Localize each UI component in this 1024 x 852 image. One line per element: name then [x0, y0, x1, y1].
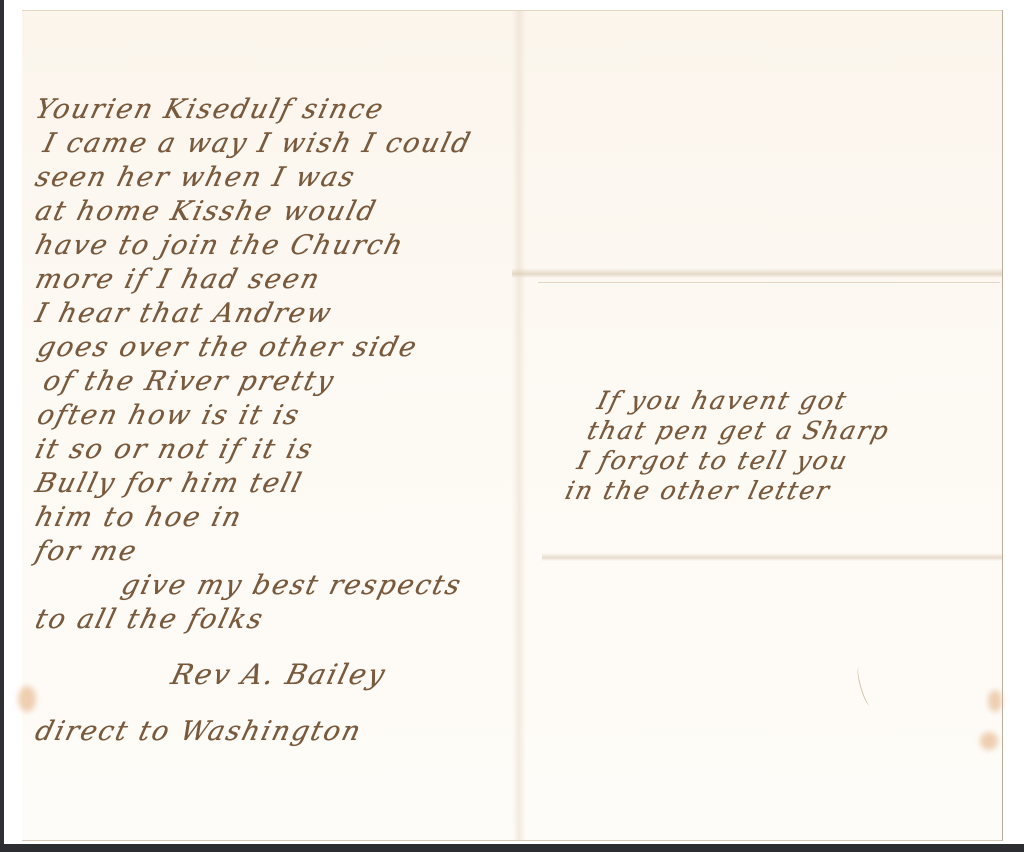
letter-line: at home Kisshe would — [32, 196, 380, 227]
letter-line: of the River pretty — [40, 366, 338, 397]
letter-line: have to join the Church — [32, 230, 408, 261]
letter-line: for me — [32, 536, 141, 567]
foxing-stain — [18, 686, 36, 712]
letter-line: seen her when I was — [32, 162, 359, 193]
letter-line: that pen get a Sharp — [584, 416, 893, 445]
postscript-direction: direct to Washington — [32, 716, 365, 747]
letter-line: in the other letter — [562, 476, 834, 505]
letter-sheet: Yourien Kisedulf since I came a way I wi… — [22, 10, 1003, 841]
fold-edge-line — [538, 282, 1000, 283]
letter-line: goes over the other side — [34, 332, 421, 363]
scanner-edge — [0, 0, 4, 852]
letter-line: more if I had seen — [32, 264, 324, 295]
letter-line: to all the folks — [32, 604, 267, 635]
letter-line: If you havent got — [594, 386, 851, 415]
lower-horizontal-fold-crease — [542, 553, 1002, 561]
letter-line: I came a way I wish I could — [40, 128, 475, 159]
pencil-mark — [854, 666, 875, 707]
vertical-fold-crease — [512, 10, 526, 840]
letter-line: him to hoe in — [32, 502, 246, 533]
letter-line: Bully for him tell — [32, 468, 306, 499]
letter-line: Yourien Kisedulf since — [32, 94, 388, 125]
letter-line: I hear that Andrew — [32, 298, 336, 329]
letter-line: often how is it is — [34, 400, 304, 431]
letter-line: give my best respects — [118, 570, 465, 601]
signature: Rev A. Bailey — [168, 658, 390, 691]
scanner-edge — [0, 844, 1024, 852]
foxing-stain — [988, 690, 1002, 712]
foxing-stain — [980, 732, 998, 750]
upper-horizontal-fold-crease — [512, 268, 1002, 278]
letter-line: it so or not if it is — [32, 434, 317, 465]
letter-line: I forgot to tell you — [574, 446, 851, 475]
